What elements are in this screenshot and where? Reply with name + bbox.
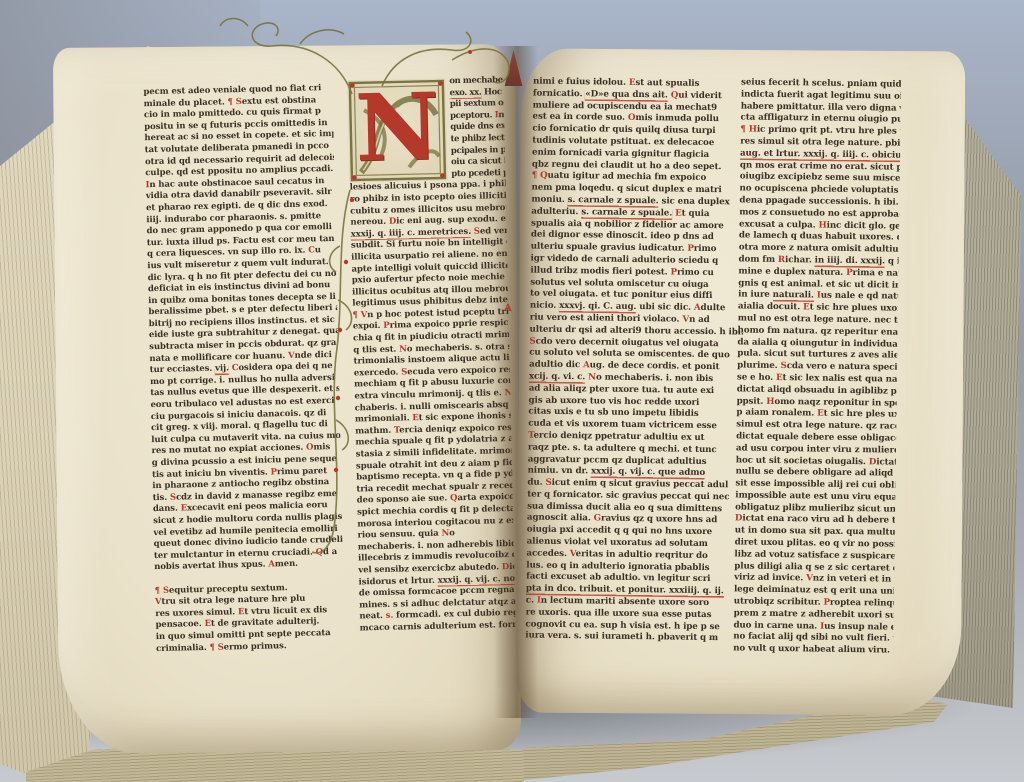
initial-letter: N — [347, 72, 447, 176]
margin-annotation: A — [504, 303, 512, 314]
incunabulum-photograph: pecm est adeo veniale quod no fiat crimi… — [0, 0, 1024, 782]
left-column-2: N on mechaberisexo. xx. Hoc e pcpii sext… — [347, 75, 516, 635]
text-line: no vult q uxor habeat alium viru. nec g — [733, 644, 893, 658]
right-page: nimi e fuius idolou. Est aut spualisforn… — [517, 48, 966, 715]
right-column-2: seius fecerit h scelus. pniam quide q si… — [733, 77, 901, 657]
gutter-shadow — [494, 46, 538, 718]
left-page: pecm est adeo veniale quod no fiat crimi… — [53, 44, 521, 754]
text-line: mcaco carnis adulterium est. formcaco — [360, 620, 516, 635]
illuminated-initial-N: N — [347, 78, 447, 182]
right-page-textblock: nimi e fuius idolou. Est aut spualisforn… — [525, 75, 933, 681]
left-column-1: pecm est adeo veniale quod no fiat crimi… — [143, 83, 345, 655]
left-page-textblock: pecm est adeo veniale quod no fiat crimi… — [143, 75, 523, 683]
left-column-2-lines: lesioes alicuius i psona ppa. i phibzro … — [350, 179, 516, 635]
text-line: iura vera. s. sui iurameti h. pbaverit q… — [525, 631, 747, 646]
right-column-1: nimi e fuius idolou. Est aut spualisforn… — [525, 77, 755, 646]
